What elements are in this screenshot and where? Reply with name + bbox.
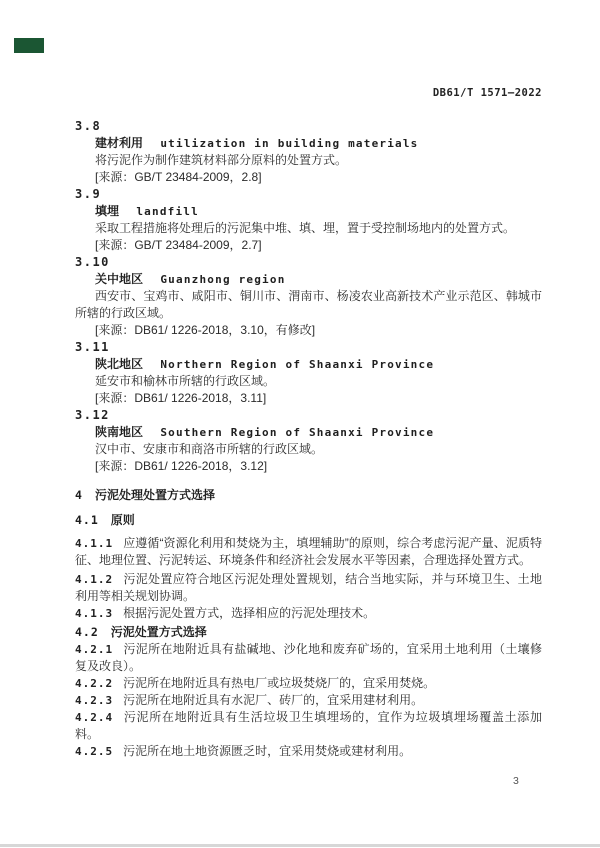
term-title: 陕北地区 Northern Region of Shaanxi Province [75, 356, 542, 373]
term-source: [来源：GB/T 23484-2009，2.8] [75, 169, 542, 186]
term-name-en: utilization in building materials [160, 137, 418, 150]
clause-number: 4.1.3 [75, 607, 113, 620]
clause-number: 4.1.2 [75, 573, 113, 586]
term-definition: 将污泥作为制作建筑材料部分原料的处置方式。 [75, 152, 542, 169]
clause-4-2-4: 4.2.4污泥所在地附近具有生活垃圾卫生填埋场的，宜作为垃圾填埋场覆盖土添加料。 [75, 709, 542, 743]
section-title: 污泥处理处置方式选择 [95, 488, 215, 502]
term-name-cn: 陕北地区 [95, 357, 143, 371]
term-source: [来源：DB61/ 1226-2018，3.11] [75, 390, 542, 407]
clause-text: 根据污泥处置方式，选择相应的污泥处理技术。 [123, 606, 375, 620]
term-source: [来源：GB/T 23484-2009，2.7] [75, 237, 542, 254]
term-number: 3.9 [75, 186, 542, 203]
term-number: 3.12 [75, 407, 542, 424]
clause-text: 污泥所在地附近具有生活垃圾卫生填埋场的，宜作为垃圾填埋场覆盖土添加料。 [75, 710, 542, 741]
term-source: [来源：DB61/ 1226-2018，3.12] [75, 458, 542, 475]
term-definition: 西安市、宝鸡市、咸阳市、铜川市、渭南市、杨凌农业高新技术产业示范区、韩城市所辖的… [75, 288, 542, 322]
clause-4-1-3: 4.1.3根据污泥处置方式，选择相应的污泥处理技术。 [75, 605, 542, 622]
term-number: 3.10 [75, 254, 542, 271]
document-page: DB61/T 1571—2022 3.8 建材利用 utilization in… [0, 0, 600, 848]
term-definition: 延安市和榆林市所辖的行政区域。 [75, 373, 542, 390]
term-title: 关中地区 Guanzhong region [75, 271, 542, 288]
clause-number: 4.2.4 [75, 711, 113, 724]
section-4-heading: 4污泥处理处置方式选择 [75, 487, 542, 504]
term-number: 3.8 [75, 118, 542, 135]
clause-text: 污泥所在地附近具有水泥厂、砖厂的，宜采用建材利用。 [123, 693, 423, 707]
clause-number: 4.2.5 [75, 745, 113, 758]
clause-text: 污泥所在地附近具有盐碱地、沙化地和废弃矿场的，宜采用土地利用（土壤修复及改良）。 [75, 642, 542, 673]
term-name-cn: 建材利用 [95, 136, 143, 150]
clause-number: 4.2.2 [75, 677, 113, 690]
term-definition: 采取工程措施将处理后的污泥集中堆、填、埋，置于受控制场地内的处置方式。 [75, 220, 542, 237]
term-name-en: Guanzhong region [160, 273, 285, 286]
clause-4-1-2: 4.1.2污泥处置应符合地区污泥处理处置规划，结合当地实际，并与环境卫生、土地利… [75, 571, 542, 605]
clause-number: 4.1.1 [75, 537, 113, 550]
term-title: 填埋 landfill [75, 203, 542, 220]
standard-code-header: DB61/T 1571—2022 [433, 87, 542, 99]
term-name-en: Northern Region of Shaanxi Province [160, 358, 434, 371]
clause-text: 应遵循“资源化利用和焚烧为主，填埋辅助”的原则，综合考虑污泥产量、泥质特征、地理… [75, 536, 542, 567]
term-title: 建材利用 utilization in building materials [75, 135, 542, 152]
page-content: 3.8 建材利用 utilization in building materia… [75, 118, 542, 760]
clause-4-2-3: 4.2.3污泥所在地附近具有水泥厂、砖厂的，宜采用建材利用。 [75, 692, 542, 709]
section-title: 原则 [111, 513, 135, 527]
term-title: 陕南地区 Southern Region of Shaanxi Province [75, 424, 542, 441]
clause-4-2-5: 4.2.5污泥所在地土地资源匮乏时，宜采用焚烧或建材利用。 [75, 743, 542, 760]
clause-number: 4.2.1 [75, 643, 113, 656]
scan-bottom-edge [0, 844, 600, 847]
term-definition: 汉中市、安康市和商洛市所辖的行政区域。 [75, 441, 542, 458]
clause-text: 污泥所在地附近具有热电厂或垃圾焚烧厂的，宜采用焚烧。 [123, 676, 435, 690]
clause-4-1-1: 4.1.1应遵循“资源化利用和焚烧为主，填埋辅助”的原则，综合考虑污泥产量、泥质… [75, 535, 542, 569]
section-title: 污泥处置方式选择 [111, 625, 207, 639]
page-number: 3 [513, 775, 519, 787]
clause-number: 4.2.3 [75, 694, 113, 707]
term-source: [来源：DB61/ 1226-2018，3.10，有修改] [75, 322, 542, 339]
term-name-en: Southern Region of Shaanxi Province [160, 426, 434, 439]
term-name-cn: 关中地区 [95, 272, 143, 286]
section-4-1-heading: 4.1原则 [75, 512, 542, 529]
clause-4-2-2: 4.2.2污泥所在地附近具有热电厂或垃圾焚烧厂的，宜采用焚烧。 [75, 675, 542, 692]
section-number: 4.2 [75, 625, 99, 639]
section-4-2-heading: 4.2污泥处置方式选择 [75, 624, 542, 641]
term-name-cn: 陕南地区 [95, 425, 143, 439]
clause-text: 污泥所在地土地资源匮乏时，宜采用焚烧或建材利用。 [123, 744, 411, 758]
clause-4-2-1: 4.2.1污泥所在地附近具有盐碱地、沙化地和废弃矿场的，宜采用土地利用（土壤修复… [75, 641, 542, 675]
term-name-en: landfill [136, 205, 199, 218]
green-highlight-marker [14, 38, 44, 53]
term-name-cn: 填埋 [95, 204, 119, 218]
section-number: 4 [75, 488, 83, 502]
term-number: 3.11 [75, 339, 542, 356]
clause-text: 污泥处置应符合地区污泥处理处置规划，结合当地实际，并与环境卫生、土地利用等相关规… [75, 572, 542, 603]
section-number: 4.1 [75, 513, 99, 527]
